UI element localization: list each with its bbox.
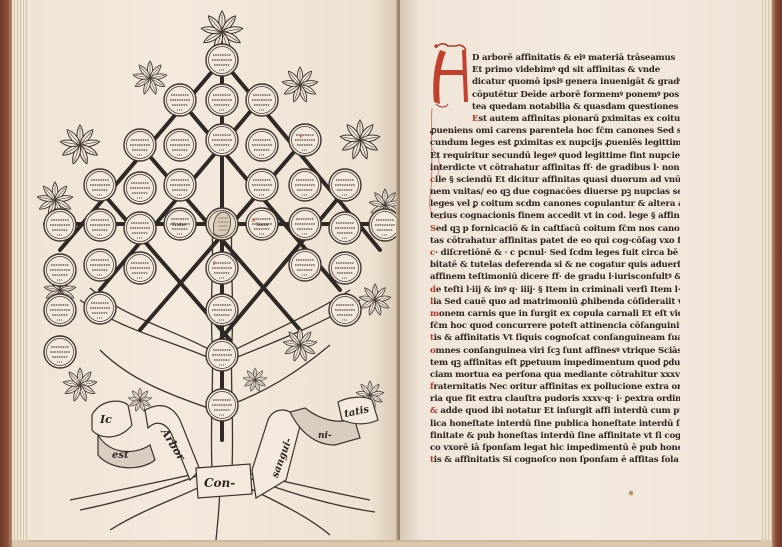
text-line: leges vel ꝑ coitum scdm canones copulant… — [430, 198, 680, 210]
rubricated-letter: t — [430, 455, 434, 465]
text-line: ria que fit extra clauſtra pudoris xxxv·… — [430, 393, 680, 405]
text-line: cōputētur Deīde arborē formemꝰ ponemꝰ po… — [430, 89, 680, 101]
rubricated-letter: o — [430, 346, 436, 356]
text-line: & adde quod ibi notatur Et inſurgit affi… — [430, 405, 680, 417]
text-line: ꝓueniens omi carens parentela hoc fc̄m c… — [430, 125, 680, 137]
text-line: Sed qꝫ p fornicaciō & in caſtſacū coitum… — [430, 223, 680, 235]
text-line: Est autem affinitas pionarū ꝑximitas ex … — [430, 113, 680, 125]
left-page: ꝑ S F Frater Soror Ic est Arbor Con- san… — [28, 0, 400, 542]
text-line: omnes conſanguinea viri ſcꝫ ſunt affines… — [430, 345, 680, 357]
banner-word-con: Con- — [204, 476, 235, 490]
text-line: fraternitatis Nec oritur affinitas ex po… — [430, 381, 680, 393]
text-line: finitate & pub honeſtas interdū ſine aff… — [430, 430, 680, 442]
medallion-frater: Frater — [172, 222, 187, 227]
rubricated-letter: & — [430, 406, 438, 416]
text-line: terius cognacionis finem accedit vt in c… — [430, 210, 680, 222]
text-line: affinem teſtimoniū dicere ff· de gradu l… — [430, 271, 680, 283]
banner-word-ni: ni- — [318, 431, 332, 441]
rubricated-letter: c — [430, 248, 435, 258]
open-book: ꝑ S F Frater Soror Ic est Arbor Con- san… — [0, 0, 782, 547]
rubricated-letter: l — [430, 297, 433, 307]
svg-text:S: S — [252, 218, 255, 223]
text-line: fc̄m hoc quod concurrere poteſt attinenc… — [430, 320, 680, 332]
rubricated-letter: m — [430, 309, 439, 319]
text-line: lia Sed cauē quo ad matrimoniū ꝓhibenda … — [430, 296, 680, 308]
banner-word-ic: Ic — [99, 413, 112, 426]
text-line: tis & affinitatis Si cognoſco non ſponſa… — [430, 454, 680, 466]
rubricated-letter: d — [430, 285, 436, 295]
text-line: cile § sciendū Et dicitur affinitas quas… — [430, 174, 680, 186]
rubricated-letter: c — [430, 175, 435, 185]
text-line: cundum leges est ꝑximitas ex nupcijs ꝓue… — [430, 137, 680, 149]
page-edges-right — [760, 0, 772, 540]
text-line: monem carnis que in ſurgit ex copula car… — [430, 308, 680, 320]
text-line: tem qꝫ affinitas eſt ꝑpetuum impedimentu… — [430, 357, 680, 369]
text-line: tis & affinitatis Vt ſiquis cognoſcat co… — [430, 332, 680, 344]
rubricated-letter: f — [430, 382, 434, 392]
text-line: dicatur quomō ipsiꝰ genera inuenigāt & g… — [430, 76, 680, 88]
rubricated-letter: t — [430, 333, 434, 343]
text-line: nem vnitas/ eo qꝫ due cognacōes diuerse … — [430, 186, 680, 198]
text-line: co vxorē iā ſponſam legat hic impediment… — [430, 442, 680, 454]
medallion-soror: Soror — [256, 222, 270, 227]
text-line: de teſti l·iij & inꝰ q· iiij· § Item in … — [430, 284, 680, 296]
text-line: Et primo videbimꝰ qd sit affinitas & vnd… — [430, 64, 680, 76]
text-line: D arborē affinitatis & eiꝰ materiā trāse… — [430, 52, 680, 64]
gothic-text-column: D arborē affinitatis & eiꝰ materiā trāse… — [430, 52, 680, 466]
text-line: ciam mortua ea perſona qua mediante cōtr… — [430, 369, 680, 381]
paper-foxing-spot — [628, 490, 634, 496]
text-line: c· diſcretiōnē & · c pcnul· Sed ſcdm leg… — [430, 247, 680, 259]
arbor-consanguinitatis-woodcut: ꝑ S F Frater Soror Ic est Arbor Con- san… — [28, 0, 400, 540]
svg-text:F: F — [213, 261, 216, 266]
binding-left — [0, 0, 12, 547]
page-edges-left — [12, 0, 28, 540]
text-line: Et requiritur secundū legeꝰ quod legitti… — [430, 150, 680, 162]
text-line: tas cōtrahatur affinitas patet de eo qui… — [430, 235, 680, 247]
banner-word-est: est — [112, 450, 129, 461]
text-line: tea quedam notabilia & quasdam questione… — [430, 101, 680, 113]
rubricated-letter: S — [430, 224, 436, 234]
text-line: bitatē & tutelas deferenda si & ne cogat… — [430, 259, 680, 271]
svg-text:ꝑ: ꝑ — [299, 133, 303, 138]
text-line: interdicte vt cōtrahatur affinitas ff· d… — [430, 162, 680, 174]
rubricated-letter: E — [472, 114, 478, 124]
binding-right — [772, 0, 782, 547]
text-line: lica honeſtate interdū ſine publica hone… — [430, 418, 680, 430]
right-page: D arborē affinitatis & eiꝰ materiā trāse… — [400, 0, 760, 542]
